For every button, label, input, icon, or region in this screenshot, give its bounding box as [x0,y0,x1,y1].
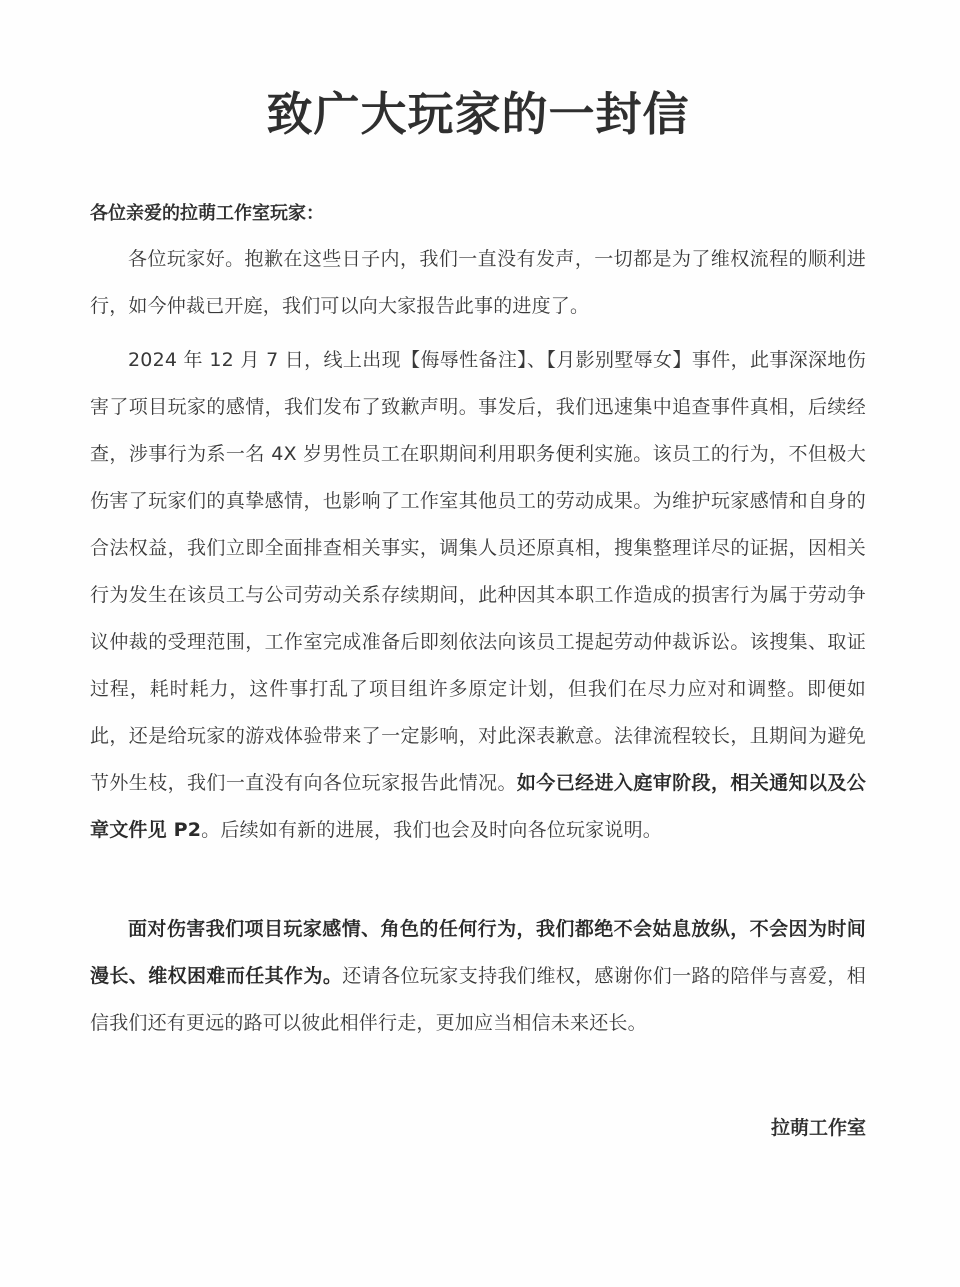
letter-paragraph-1: 各位玩家好。抱歉在这些日子内，我们一直没有发声，一切都是为了维权流程的顺利进行，… [90,236,866,330]
letter-title: 致广大玩家的一封信 [90,84,866,144]
letter-signature: 拉萌工作室 [771,1112,866,1144]
paragraph-text: 。后续如有新的进展，我们也会及时向各位玩家说明。 [201,819,662,841]
letter-salutation: 各位亲爱的拉萌工作室玩家： [90,198,324,230]
letter-paragraph-3: 面对伤害我们项目玩家感情、角色的任何行为，我们都绝不会姑息放纵，不会因为时间漫长… [90,906,866,1047]
letter-paragraph-2: 2024 年 12 月 7 日，线上出现【侮辱性备注】、【月影别墅辱女】事件，此… [90,337,866,854]
paragraph-text: 各位玩家好。抱歉在这些日子内，我们一直没有发声，一切都是为了维权流程的顺利进行，… [90,248,866,317]
paragraph-text: 2024 年 12 月 7 日，线上出现【侮辱性备注】、【月影别墅辱女】事件，此… [90,349,866,794]
